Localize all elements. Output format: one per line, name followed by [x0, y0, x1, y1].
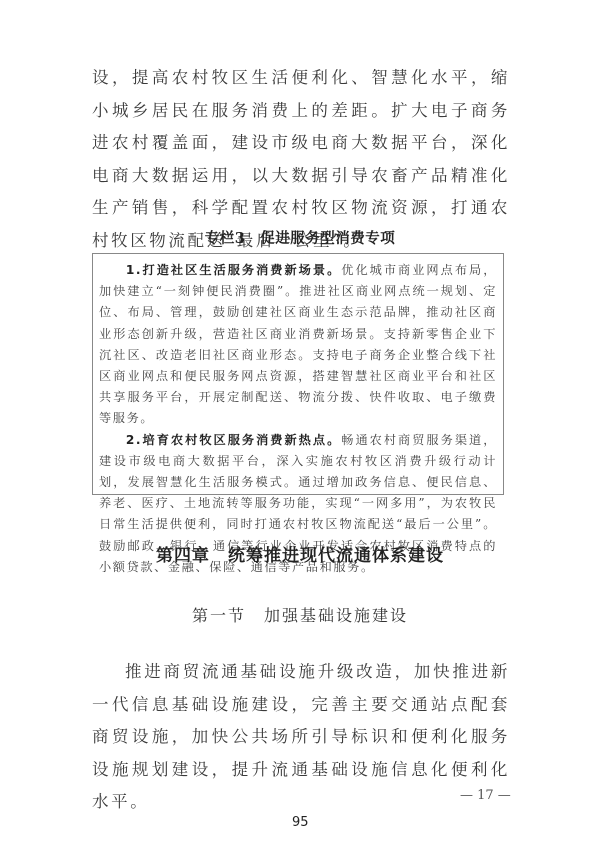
box-title: 专栏3 促进服务型消费专项 [0, 227, 600, 248]
box-item: 1.打造社区生活服务消费新场景。优化城市商业网点布局，加快建立“一刻钟便民消费圈… [99, 260, 497, 430]
box-item-body: 优化城市商业网点布局，加快建立“一刻钟便民消费圈”。推进社区商业网点统一规划、定… [99, 263, 497, 425]
section-title: 第一节 加强基础设施建设 [0, 603, 600, 626]
box-item-heading: 1.打造社区生活服务消费新场景。 [126, 263, 341, 277]
box-item-heading: 2.培育农村牧区服务消费新热点。 [126, 433, 341, 447]
page-number: — 17 — [460, 788, 511, 803]
footer-page-number: 95 [292, 815, 309, 830]
feature-box: 1.打造社区生活服务消费新场景。优化城市商业网点布局，加快建立“一刻钟便民消费圈… [92, 253, 504, 495]
section-paragraph: 推进商贸流通基础设施升级改造，加快推进新一代信息基础设施建设，完善主要交通站点配… [92, 656, 510, 819]
chapter-title: 第四章 统筹推进现代流通体系建设 [0, 541, 600, 566]
